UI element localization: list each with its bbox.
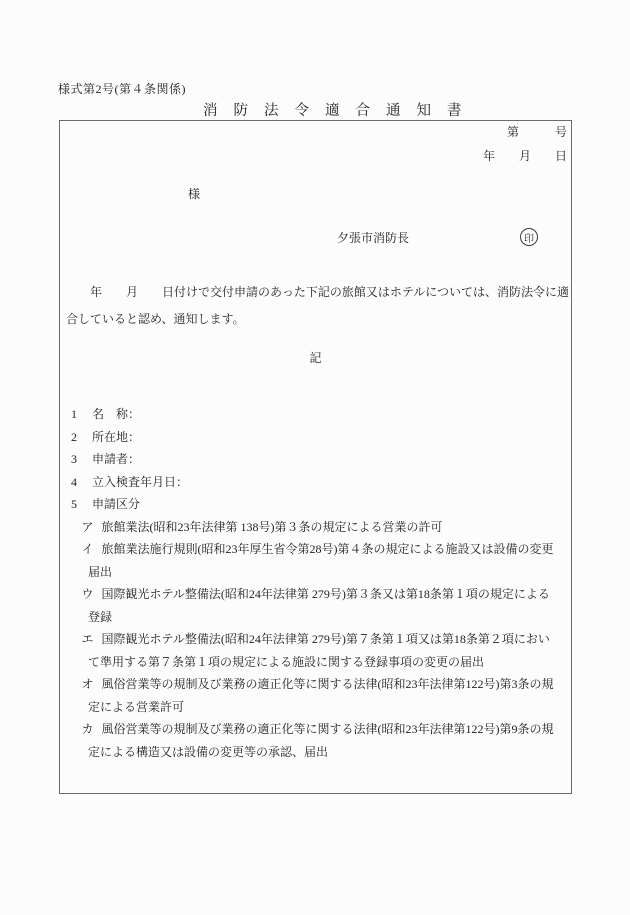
sub-item-text: 国際観光ホテル整備法(昭和24年法律第 279号)第３条又は第18条第１項の規定… bbox=[88, 587, 550, 624]
sub-item-row-e: エ国際観光ホテル整備法(昭和24年法律第 279号)第７条第１項又は第18条第２… bbox=[88, 628, 559, 673]
sender-row: 夕張市消防長 印 bbox=[337, 228, 538, 246]
sub-item-row-u: ウ国際観光ホテル整備法(昭和24年法律第 279号)第３条又は第18条第１項の規… bbox=[88, 583, 559, 628]
addressee-honorific: 様 bbox=[188, 187, 571, 202]
sub-item-row-o: オ風俗営業等の規制及び業務の適正化等に関する法律(昭和23年法律第122号)第3… bbox=[88, 673, 559, 718]
record-heading: 記 bbox=[60, 349, 571, 366]
issue-date-line: 年 月 日 bbox=[60, 149, 567, 164]
notice-box: 第 号 年 月 日 様 夕張市消防長 印 年 月 日付けで交付申請のあった下記の… bbox=[59, 120, 572, 794]
sub-item-marker: オ bbox=[82, 677, 102, 691]
item-number: 3 bbox=[71, 448, 92, 471]
item-row-application-category: 5 申請区分 bbox=[71, 493, 571, 516]
document-number-line: 第 号 bbox=[60, 125, 567, 140]
sub-item-marker: エ bbox=[82, 632, 102, 646]
sub-item-text: 旅館業法(昭和23年法律第 138号)第３条の規定による営業の許可 bbox=[102, 520, 443, 534]
sender-name: 夕張市消防長 bbox=[337, 229, 409, 246]
document-title: 消防法令適合通知書 bbox=[203, 99, 478, 120]
seal-icon: 印 bbox=[520, 228, 538, 246]
item-label: 所在地： bbox=[92, 426, 140, 449]
item-row-inspection-date: 4 立入検査年月日： bbox=[71, 471, 571, 494]
item-list: 1 名 称： 2 所在地： 3 申請者： 4 立入検査年月日： 5 申請区分 ア… bbox=[60, 403, 571, 763]
item-number: 5 bbox=[71, 493, 92, 516]
sub-item-text: 国際観光ホテル整備法(昭和24年法律第 279号)第７条第１項又は第18条第２項… bbox=[88, 632, 550, 669]
sub-item-row-a: ア旅館業法(昭和23年法律第 138号)第３条の規定による営業の許可 bbox=[88, 516, 559, 539]
item-number: 4 bbox=[71, 471, 92, 494]
item-label: 申請区分 bbox=[92, 493, 140, 516]
item-row-applicant: 3 申請者： bbox=[71, 448, 571, 471]
sub-item-marker: カ bbox=[82, 722, 102, 736]
item-row-address: 2 所在地： bbox=[71, 426, 571, 449]
sub-item-text: 旅館業法施行規則(昭和23年厚生省令第28号)第４条の規定による施設又は設備の変… bbox=[88, 542, 554, 579]
item-label: 名 称： bbox=[92, 403, 140, 426]
body-paragraph: 年 月 日付けで交付申請のあった下記の旅館又はホテルについては、消防法令に適合し… bbox=[66, 279, 574, 333]
item-row-name: 1 名 称： bbox=[71, 403, 571, 426]
sub-item-marker: ア bbox=[82, 520, 102, 534]
item-label: 立入検査年月日： bbox=[92, 471, 188, 494]
notification-document-page: 様式第2号(第４条関係) 消防法令適合通知書 第 号 年 月 日 様 夕張市消防… bbox=[0, 0, 630, 915]
sub-item-row-ka: カ風俗営業等の規制及び業務の適正化等に関する法律(昭和23年法律第122号)第9… bbox=[88, 718, 559, 763]
sub-item-text: 風俗営業等の規制及び業務の適正化等に関する法律(昭和23年法律第122号)第3条… bbox=[88, 677, 554, 714]
sub-item-row-i: イ旅館業法施行規則(昭和23年厚生省令第28号)第４条の規定による施設又は設備の… bbox=[88, 538, 559, 583]
sub-item-marker: イ bbox=[82, 542, 102, 556]
item-label: 申請者： bbox=[92, 448, 140, 471]
item-number: 2 bbox=[71, 426, 92, 449]
form-number-label: 様式第2号(第４条関係) bbox=[58, 80, 186, 97]
item-number: 1 bbox=[71, 403, 92, 426]
sub-item-text: 風俗営業等の規制及び業務の適正化等に関する法律(昭和23年法律第122号)第9条… bbox=[88, 722, 554, 759]
sub-item-marker: ウ bbox=[82, 587, 102, 601]
